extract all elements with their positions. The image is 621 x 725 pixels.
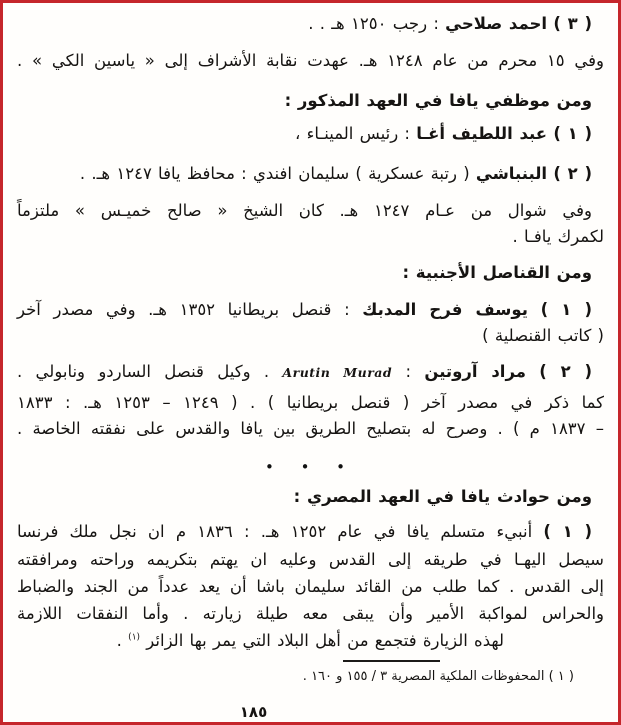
official-entry-1: ( ١ ) عبد اللطيف أغـا : رئيس المينـاء ، bbox=[17, 121, 604, 146]
event-text: لهذه الزيارة فتجمع من أهل البلاد التي يم… bbox=[146, 631, 504, 650]
entry-number: ( ١ ) bbox=[541, 300, 592, 319]
entry-detail: : رئيس المينـاء ، bbox=[295, 124, 410, 143]
muharram-1248-line: وفي ١٥ محرم من عام ١٢٤٨ هـ. عهدت نقابة ا… bbox=[17, 48, 604, 73]
event-line-3: إلى القدس . كما طلب من القائد سليمان باش… bbox=[17, 574, 604, 599]
event-line-5: لهذه الزيارة فتجمع من أهل البلاد التي يم… bbox=[17, 628, 604, 653]
shawwal-1247-line-1: وفي شوال من عـام ١٢٤٧ هـ. كان الشيخ « صا… bbox=[17, 198, 604, 223]
consul-entry-2-line-2: كما ذكر في مصدر آخر ( قنصل بريطانيا ) . … bbox=[17, 390, 604, 415]
entry-name: البنباشي bbox=[476, 164, 547, 183]
entry-detail: . وكيل قنصل الساردو ونابولي . bbox=[17, 362, 269, 381]
section-separator-dots: • • • bbox=[17, 457, 604, 477]
entry-number: ( ٣ ) bbox=[553, 14, 592, 33]
entry-number: ( ١ ) bbox=[553, 124, 592, 143]
official-entry-2: ( ٢ ) البنباشي ( رتبة عسكرية ) سليمان اف… bbox=[17, 161, 604, 186]
latin-name: Arutin Murad bbox=[282, 365, 392, 380]
consul-entry-1-line-2: ( كاتب القنصلية ) bbox=[17, 323, 604, 348]
entry-detail: : قنصل بريطانيا ١٣٥٢ هـ. وفي مصدر آخر bbox=[17, 300, 350, 319]
entry-number: ( ١ ) bbox=[543, 522, 592, 541]
consul-entry-2-line-1: ( ٢ ) مراد آروتين : Arutin Murad . وكيل … bbox=[17, 359, 604, 385]
entry-name: مراد آروتين bbox=[424, 362, 526, 381]
event-line-2: سيصل اليهـا في طريقه إلى القدس وعليه ان … bbox=[17, 547, 604, 572]
entry-colon: : bbox=[405, 362, 411, 381]
events-section-header: ومن حوادث يافا في العهد المصري : bbox=[17, 484, 604, 509]
shawwal-1247-line-2: لكمرك يافـا . bbox=[17, 224, 604, 249]
entry-name: يوسف فرح المدبك bbox=[362, 300, 528, 319]
event-line-4: والحراس لمواكبة الأمير وأن يبقى معه طيلة… bbox=[17, 601, 604, 626]
footnote-text: ( ١ ) المحفوظات الملكية المصرية ٣ / ١٥٥ … bbox=[17, 667, 604, 687]
event-text-end: . bbox=[117, 631, 122, 650]
event-text: أنبيء متسلم يافا في عام ١٢٥٢ هـ. : ١٨٣٦ … bbox=[17, 522, 532, 541]
entry-name: احمد صلاحي bbox=[445, 14, 547, 33]
consul-entry-1-line-1: ( ١ ) يوسف فرح المدبك : قنصل بريطانيا ١٣… bbox=[17, 297, 604, 322]
entry-number: ( ٢ ) bbox=[539, 362, 592, 381]
page-number: ١٨٥ bbox=[0, 703, 547, 721]
entry-detail: : رجب ١٢٥٠ هـ . . bbox=[308, 14, 439, 33]
consul-entry-2-line-3: – ١٨٣٧ م ) . وصرح له بتصليح الطريق بين ي… bbox=[17, 416, 604, 441]
entry-number: ( ٢ ) bbox=[553, 164, 592, 183]
scanned-book-page: ( ٣ ) احمد صلاحي : رجب ١٢٥٠ هـ . . وفي ١… bbox=[0, 0, 621, 725]
entry-detail: ( رتبة عسكرية ) سليمان افندي : محافظ ياف… bbox=[80, 164, 470, 183]
footnote-reference-marker: (١) bbox=[128, 633, 140, 643]
entry-name: عبد اللطيف أغـا bbox=[416, 124, 547, 143]
official-entry-3: ( ٣ ) احمد صلاحي : رجب ١٢٥٠ هـ . . bbox=[17, 11, 604, 36]
footnote-separator-rule bbox=[343, 660, 440, 662]
officials-section-header: ومن موظفي يافا في العهد المذكور : bbox=[17, 88, 604, 113]
event-line-1: ( ١ ) أنبيء متسلم يافا في عام ١٢٥٢ هـ. :… bbox=[17, 519, 604, 544]
consuls-section-header: ومن القناصل الأجنبية : bbox=[17, 260, 604, 285]
